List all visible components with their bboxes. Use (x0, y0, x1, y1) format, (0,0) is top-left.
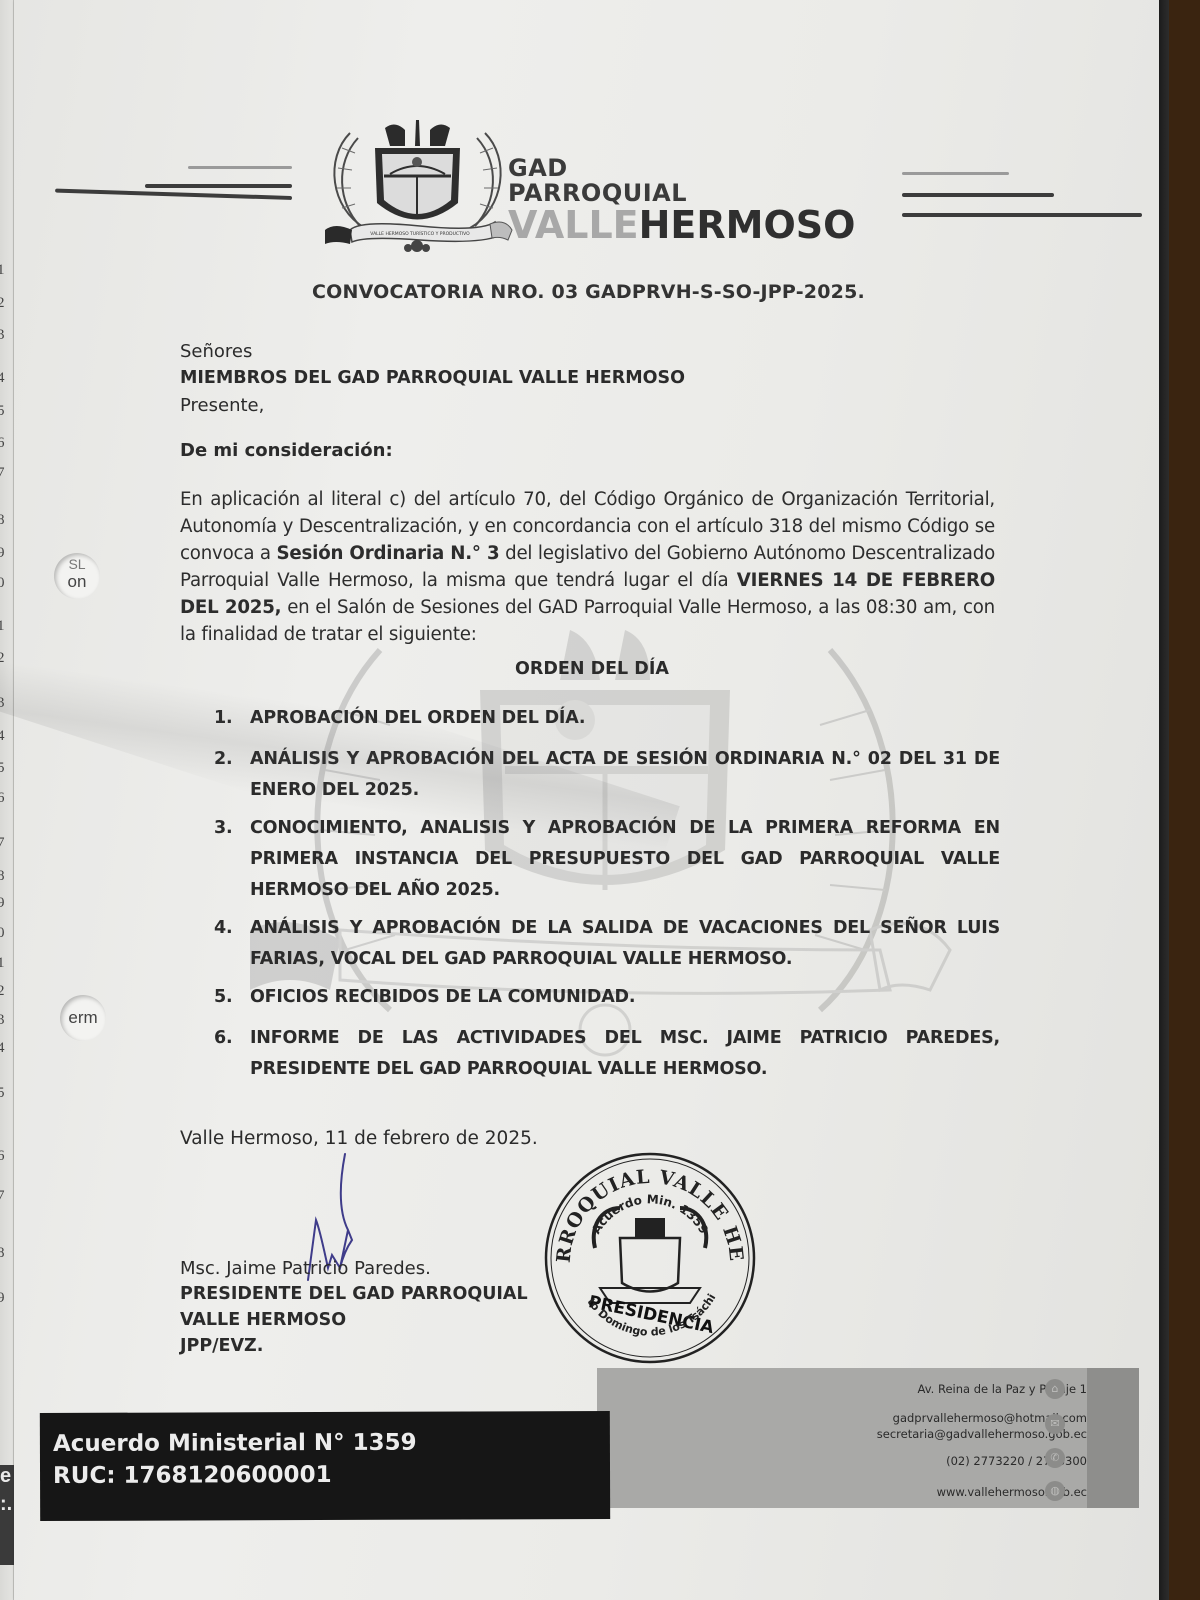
underlying-line-number: 5 (0, 403, 5, 420)
agenda-number: 3. (214, 813, 232, 844)
underlying-line-number: 1 (0, 618, 5, 635)
agenda-title: ORDEN DEL DÍA (515, 659, 669, 679)
footer-website[interactable]: www.vallehermoso.gob.ec (647, 1485, 1087, 1499)
underlying-line-number: 3 (0, 1012, 5, 1029)
underlying-line-number: 2 (0, 983, 5, 1000)
agenda-text: ANÁLISIS Y APROBACIÓN DE LA SALIDA DE VA… (250, 918, 1000, 969)
underlying-line-number: 0 (0, 575, 5, 592)
crest-logo-icon: VALLE HERMOSO TURÍSTICO Y PRODUCTIVO (320, 118, 515, 258)
agenda-item: 1.APROBACIÓN DEL ORDEN DEL DÍA. (210, 703, 1000, 734)
agenda-number: 6. (214, 1023, 232, 1054)
agenda-item: 4.ANÁLISIS Y APROBACIÓN DE LA SALIDA DE … (210, 913, 1000, 975)
ministerial-agreement: Acuerdo Ministerial N° 1359 (53, 1430, 417, 1457)
agenda-list: 1.APROBACIÓN DEL ORDEN DEL DÍA. 2.ANÁLIS… (210, 703, 1000, 1092)
underlying-line-number: 5 (0, 760, 5, 777)
agenda-text: APROBACIÓN DEL ORDEN DEL DÍA. (250, 708, 585, 728)
presente: Presente, (180, 392, 685, 419)
underlying-line-number: 9 (0, 895, 5, 912)
recipients: MIEMBROS DEL GAD PARROQUIAL VALLE HERMOS… (180, 365, 685, 392)
agenda-item: 3.CONOCIMIENTO, ANALISIS Y APROBACIÓN DE… (210, 813, 1000, 906)
underlying-line-number: 6 (0, 790, 5, 807)
footer-email[interactable]: gadprvallehermoso@hotmail.com (647, 1411, 1087, 1425)
initials: JPP/EVZ. (180, 1333, 528, 1359)
underlying-line-number: 1 (0, 262, 5, 279)
header-line (145, 184, 292, 188)
footer-phone: (02) 2773220 / 2773300 (647, 1454, 1087, 1468)
agenda-text: OFICIOS RECIBIDOS DE LA COMUNIDAD. (250, 987, 635, 1007)
agenda-text: CONOCIMIENTO, ANALISIS Y APROBACIÓN DE L… (250, 818, 1000, 900)
official-stamp-icon: GAD PARROQUIAL VALLE HERMOSO Acuerdo Min… (540, 1148, 760, 1368)
footer-address: Av. Reina de la Paz y Pasaje 1 (647, 1382, 1087, 1396)
underlying-line-number: 0 (0, 925, 5, 942)
place-and-date: Valle Hermoso, 11 de febrero de 2025. (180, 1128, 538, 1149)
underlying-line-number: 8 (0, 1245, 5, 1262)
underlying-line-number: 9 (0, 1290, 5, 1307)
consideration-heading: De mi consideración: (180, 440, 393, 461)
agenda-item: 6.INFORME DE LAS ACTIVIDADES DEL MSC. JA… (210, 1023, 1000, 1085)
underlying-line-number: 2 (0, 295, 5, 312)
underlying-line-number: 4 (0, 1040, 5, 1057)
brand-wordmark: GAD PARROQUIAL VALLEHERMOSO (508, 155, 855, 245)
agenda-item: 5.OFICIOS RECIBIDOS DE LA COMUNIDAD. (210, 982, 1000, 1013)
underlying-line-number: 8 (0, 868, 5, 885)
hole-text: on (54, 573, 100, 591)
phone-icon: ✆ (1045, 1448, 1065, 1468)
agenda-item: 2.ANÁLISIS Y APROBACIÓN DEL ACTA DE SESI… (210, 744, 1000, 806)
punch-hole: erm (60, 995, 106, 1041)
brand-hermoso: HERMOSO (639, 203, 856, 247)
underlying-page-footer: e:. (0, 1465, 14, 1565)
greeting-block: Señores MIEMBROS DEL GAD PARROQUIAL VALL… (180, 338, 685, 419)
brand-line-gad: GAD (508, 155, 855, 181)
underlying-line-number: 5 (0, 1085, 5, 1102)
underlying-line-number: 4 (0, 728, 5, 745)
underlying-line-number: 4 (0, 370, 5, 387)
underlying-line-number: 3 (0, 327, 5, 344)
agenda-number: 1. (214, 703, 232, 734)
underlying-page-edge: 12345678901234567890123456789 (0, 0, 14, 1600)
signer-title: PRESIDENTE DEL GAD PARROQUIAL VALLE HERM… (180, 1281, 528, 1359)
hole-text: erm (68, 1008, 97, 1027)
underlying-line-number: 7 (0, 465, 5, 482)
footer-registration-panel: Acuerdo Ministerial N° 1359 RUC: 1768120… (40, 1411, 610, 1521)
globe-icon: ◍ (1045, 1481, 1065, 1501)
svg-text:VALLE HERMOSO TURÍSTICO Y PROD: VALLE HERMOSO TURÍSTICO Y PRODUCTIVO (370, 230, 470, 237)
hole-text: SL (54, 555, 100, 573)
signer-name: Msc. Jaime Patricio Paredes. (180, 1258, 431, 1279)
header-line (902, 193, 1054, 197)
brand-valle: VALLE (508, 203, 639, 247)
footer-contact-panel: Av. Reina de la Paz y Pasaje 1 ⌂ gadprva… (597, 1368, 1087, 1508)
signer-title-line: VALLE HERMOSO (180, 1307, 528, 1333)
underlying-line-number: 6 (0, 435, 5, 452)
underlying-line-number: 8 (0, 512, 5, 529)
agenda-number: 2. (214, 744, 232, 775)
footer-email[interactable]: secretaria@gadvallehermoso.gob.ec (647, 1427, 1087, 1441)
session-number: Sesión Ordinaria N.° 3 (277, 543, 500, 564)
punch-hole: SL on (54, 553, 100, 599)
header-line (902, 213, 1142, 217)
underlying-line-number: 7 (0, 1188, 5, 1205)
home-icon: ⌂ (1045, 1379, 1065, 1399)
ruc-number: RUC: 1768120600001 (53, 1462, 332, 1489)
underlying-line-number: 9 (0, 545, 5, 562)
page-edge-shadow (1159, 0, 1169, 1600)
underlying-line-number: 3 (0, 695, 5, 712)
underlying-line-number: 7 (0, 835, 5, 852)
agenda-text: INFORME DE LAS ACTIVIDADES DEL MSC. JAIM… (250, 1028, 1000, 1079)
agenda-number: 4. (214, 913, 232, 944)
underlying-line-number: 1 (0, 955, 5, 972)
agenda-text: ANÁLISIS Y APROBACIÓN DEL ACTA DE SESIÓN… (250, 749, 1000, 800)
footer-accent-bar (1087, 1368, 1139, 1508)
document-title: CONVOCATORIA NRO. 03 GADPRVH-S-SO-JPP-20… (312, 281, 865, 303)
header-line (188, 166, 292, 169)
brand-line-valle-hermoso: VALLEHERMOSO (508, 205, 855, 245)
paragraph-text: en el Salón de Sesiones del GAD Parroqui… (180, 597, 995, 645)
underlying-line-number: 2 (0, 650, 5, 667)
body-paragraph: En aplicación al literal c) del artículo… (180, 486, 995, 648)
underlying-line-number: 6 (0, 1148, 5, 1165)
header-line (902, 172, 1009, 175)
signer-title-line: PRESIDENTE DEL GAD PARROQUIAL (180, 1281, 528, 1307)
mail-icon: ✉ (1045, 1414, 1065, 1434)
brand-line-parroquial: PARROQUIAL (508, 181, 855, 205)
salutation: Señores (180, 338, 685, 365)
agenda-number: 5. (214, 982, 232, 1013)
